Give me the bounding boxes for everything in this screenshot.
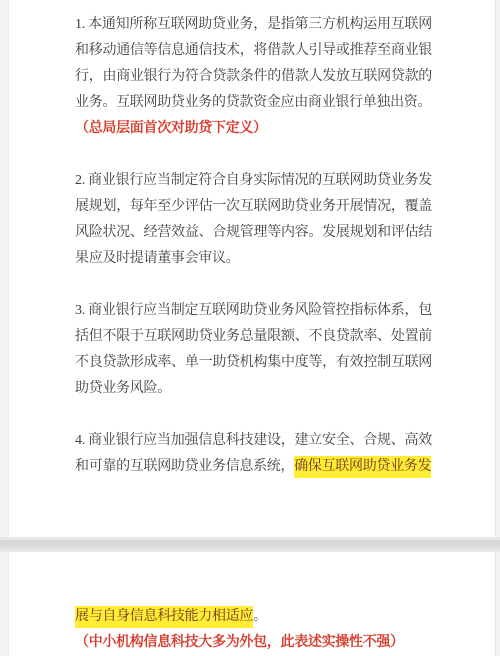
paragraph-2: 2. 商业银行应当制定符合自身实际情况的互联网助贷业务发展规划，每年至少评估一次… [75,168,432,272]
annotation-note-2: （中小机构信息科技大多为外包，此表述实操性不强） [75,630,432,656]
paragraph-block-1: 1. 本通知所称互联网助贷业务，是指第三方机构运用互联网和移动通信等信息通信技术… [75,12,432,142]
highlight-segment-2: 展与自身信息科技能力相适应 [75,606,253,628]
highlight-segment-1: 确保互联网助贷业务发 [294,456,431,478]
page-2: 展与自身信息科技能力相适应。 （中小机构信息科技大多为外包，此表述实操性不强） [8,552,496,656]
paragraph-3: 3. 商业银行应当制定互联网助贷业务风险管控指标体系，包括但不限于互联网助贷业务… [75,298,432,402]
paragraph-4-continued-tail: 。 [253,609,267,624]
page-1: 1. 本通知所称互联网助贷业务，是指第三方机构运用互联网和移动通信等信息通信技术… [8,0,496,537]
document-viewer: 1. 本通知所称互联网助贷业务，是指第三方机构运用互联网和移动通信等信息通信技术… [0,0,500,656]
paragraph-4: 4. 商业银行应当加强信息科技建设，建立安全、合规、高效和可靠的互联网助贷业务信… [75,428,432,480]
annotation-note-1: （总局层面首次对助贷下定义） [75,116,432,142]
paragraph-1: 1. 本通知所称互联网助贷业务，是指第三方机构运用互联网和移动通信等信息通信技术… [75,12,432,116]
page-separator [0,537,500,552]
paragraph-4-continued: 展与自身信息科技能力相适应。 [75,604,432,630]
